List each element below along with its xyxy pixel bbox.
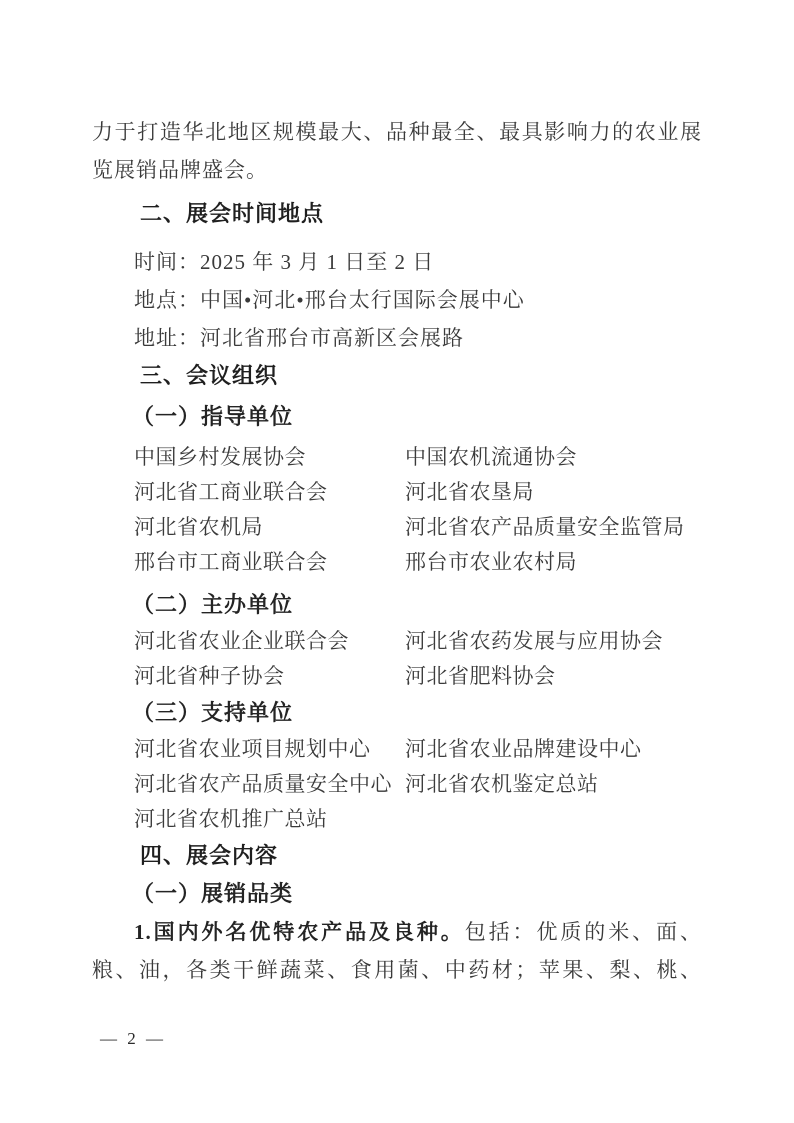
- org-cell-left: 河北省农产品质量安全中心: [134, 767, 405, 802]
- intro-line: 力于打造华北地区规模最大、品种最全、最具影响力的农业展: [92, 113, 702, 151]
- org-cell-left: 河北省农业企业联合会: [134, 624, 405, 659]
- org-cell-left: 河北省工商业联合会: [134, 475, 405, 510]
- exhibit-item-1-title: 1.国内外名优特农产品及良种。: [134, 920, 465, 944]
- org-cell-right: 河北省农药发展与应用协会: [405, 624, 663, 659]
- exhibit-item-1-line1: 1.国内外名优特农产品及良种。包括：优质的米、面、: [92, 913, 702, 951]
- org-row: 河北省农机局河北省农产品质量安全监管局: [92, 510, 702, 545]
- org-row: 河北省种子协会河北省肥料协会: [92, 659, 702, 694]
- org-cell-left: 邢台市工商业联合会: [134, 545, 405, 580]
- org-cell-right: 邢台市农业农村局: [405, 545, 577, 580]
- org-cell-right: 河北省农业品牌建设中心: [405, 732, 642, 767]
- document-content: 力于打造华北地区规模最大、品种最全、最具影响力的农业展 览展销品牌盛会。 二、展…: [92, 113, 702, 989]
- exhibit-item-1-paragraph: 1.国内外名优特农产品及良种。包括：优质的米、面、 粮、油，各类干鲜蔬菜、食用菌…: [92, 913, 702, 989]
- org-row: 河北省农产品质量安全中心河北省农机鉴定总站: [92, 767, 702, 802]
- heading-time-place: 二、展会时间地点: [92, 195, 702, 233]
- org-list-support: 河北省农业项目规划中心河北省农业品牌建设中心河北省农产品质量安全中心河北省农机鉴…: [92, 732, 702, 837]
- schedule-venue: 地点：中国•河北•邢台太行国际会展中心: [92, 281, 702, 319]
- intro-line: 览展销品牌盛会。: [92, 151, 702, 189]
- subsection-guidance-units: （一）指导单位 中国乡村发展协会中国农机流通协会河北省工商业联合会河北省农垦局河…: [92, 398, 702, 580]
- subsection-host-units: （二）主办单位 河北省农业企业联合会河北省农药发展与应用协会河北省种子协会河北省…: [92, 586, 702, 694]
- schedule-time: 时间：2025 年 3 月 1 日至 2 日: [92, 243, 702, 281]
- exhibit-item-1-rest: 包括：优质的米、面、: [465, 920, 702, 944]
- subsection-heading-guidance: （一）指导单位: [92, 398, 702, 436]
- page-number: — 2 —: [100, 1029, 166, 1049]
- org-cell-right: 中国农机流通协会: [405, 440, 577, 475]
- org-row: 中国乡村发展协会中国农机流通协会: [92, 440, 702, 475]
- schedule-block: 时间：2025 年 3 月 1 日至 2 日 地点：中国•河北•邢台太行国际会展…: [92, 243, 702, 357]
- exhibit-item-1-line2: 粮、油，各类干鲜蔬菜、食用菌、中药材；苹果、梨、桃、: [92, 951, 702, 989]
- org-cell-right: 河北省肥料协会: [405, 659, 556, 694]
- org-cell-left: 河北省农机推广总站: [134, 802, 405, 837]
- org-cell-left: 河北省种子协会: [134, 659, 405, 694]
- org-row: 河北省农业企业联合会河北省农药发展与应用协会: [92, 624, 702, 659]
- org-cell-left: 河北省农业项目规划中心: [134, 732, 405, 767]
- schedule-address: 地址：河北省邢台市高新区会展路: [92, 319, 702, 357]
- org-cell-left: 中国乡村发展协会: [134, 440, 405, 475]
- heading-organization: 三、会议组织: [92, 357, 702, 395]
- subsection-support-units: （三）支持单位 河北省农业项目规划中心河北省农业品牌建设中心河北省农产品质量安全…: [92, 694, 702, 837]
- document-page: 力于打造华北地区规模最大、品种最全、最具影响力的农业展 览展销品牌盛会。 二、展…: [0, 0, 794, 1123]
- org-list-host: 河北省农业企业联合会河北省农药发展与应用协会河北省种子协会河北省肥料协会: [92, 624, 702, 694]
- heading-exhibit-content: 四、展会内容: [92, 837, 702, 875]
- org-row: 邢台市工商业联合会邢台市农业农村局: [92, 545, 702, 580]
- org-row: 河北省农机推广总站: [92, 802, 702, 837]
- org-cell-right: 河北省农机鉴定总站: [405, 767, 599, 802]
- subsection-heading-support: （三）支持单位: [92, 694, 702, 732]
- intro-paragraph: 力于打造华北地区规模最大、品种最全、最具影响力的农业展 览展销品牌盛会。: [92, 113, 702, 189]
- subsection-heading-host: （二）主办单位: [92, 586, 702, 624]
- org-cell-right: 河北省农产品质量安全监管局: [405, 510, 685, 545]
- org-cell-left: 河北省农机局: [134, 510, 405, 545]
- org-row: 河北省农业项目规划中心河北省农业品牌建设中心: [92, 732, 702, 767]
- org-list-guidance: 中国乡村发展协会中国农机流通协会河北省工商业联合会河北省农垦局河北省农机局河北省…: [92, 440, 702, 580]
- org-row: 河北省工商业联合会河北省农垦局: [92, 475, 702, 510]
- subheading-exhibit-categories: （一）展销品类: [92, 875, 702, 913]
- org-cell-right: 河北省农垦局: [405, 475, 534, 510]
